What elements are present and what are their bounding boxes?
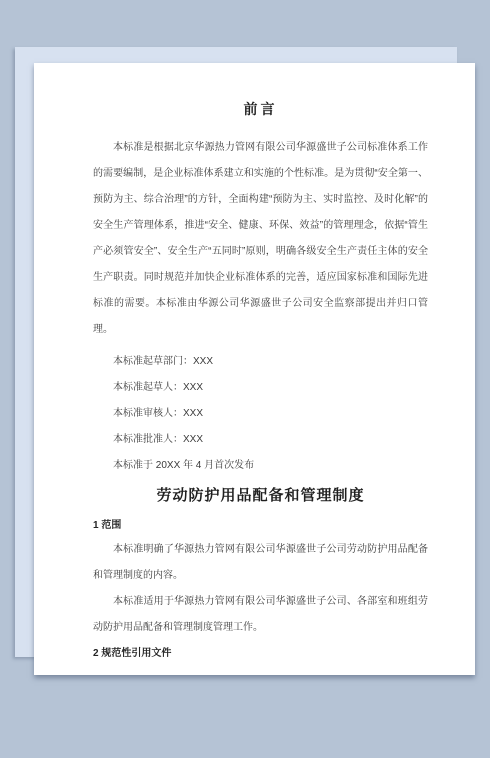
preface-meta-block: 本标准起草部门：XXX 本标准起草人：XXX 本标准审核人：XXX 本标准批准人…: [93, 349, 428, 479]
meta-line-reviewer: 本标准审核人：XXX: [93, 401, 428, 427]
section-2-heading: 2 规范性引用文件: [93, 647, 428, 661]
section-1-paragraph-applicability: 本标准适用于华源热力管网有限公司华源盛世子公司、各部室和班组劳动防护用品配备和管…: [93, 589, 428, 641]
section-1-paragraph-scope: 本标准明确了华源热力管网有限公司华源盛世子公司劳动防护用品配备和管理制度的内容。: [93, 537, 428, 589]
document-page: 前言 本标准是根据北京华源热力管网有限公司华源盛世子公司标准体系工作的需要编制，…: [34, 63, 475, 675]
meta-line-drafting-department: 本标准起草部门：XXX: [93, 349, 428, 375]
preface-title: 前言: [93, 101, 428, 117]
meta-line-first-release: 本标准于 20XX 年 4 月首次发布: [93, 453, 428, 479]
meta-line-drafter: 本标准起草人：XXX: [93, 375, 428, 401]
meta-line-approver: 本标准批准人：XXX: [93, 427, 428, 453]
preface-paragraph: 本标准是根据北京华源热力管网有限公司华源盛世子公司标准体系工作的需要编制，是企业…: [93, 135, 428, 343]
section-1-heading: 1 范围: [93, 519, 428, 533]
standard-title: 劳动防护用品配备和管理制度: [93, 485, 428, 507]
desktop-background: { "page": { "background_color": "#b5c3d5…: [0, 0, 490, 758]
